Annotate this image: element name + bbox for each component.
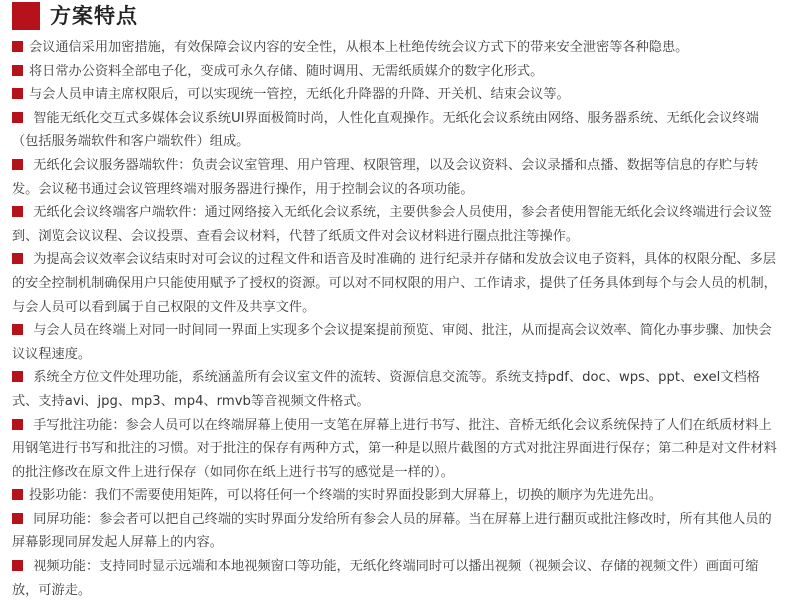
feature-text: 系统全方位文件处理功能，系统涵盖所有会议室文件的流转、资源信息交流等。系统支持p… [12,370,760,409]
feature-text: 无纸化会议服务器端软件：负责会议室管理、用户管理、权限管理，以及会议资料、会议录… [12,158,759,197]
feature-text: 智能无纸化交互式多媒体会议系统UI界面极简时尚，人性化直观操作。无纸化会议系统由… [12,111,759,150]
feature-text: 视频功能：支持同时显示远端和本地视频窗口等功能，无纸化终端同时可以播出视频（视频… [12,559,759,598]
feature-item-permissions: 为提高会议效率会议结束时对可会议的过程文件和语音及时准确的 进行纪录并存储和发放… [12,248,784,319]
bullet-square-icon [12,489,23,500]
feature-text: 与会人员申请主席权限后，可以实现统一管控，无纸化升降器的升降、开关机、结束会议等… [29,87,570,102]
bullet-square-icon [12,253,23,264]
bullet-square-icon [12,88,23,99]
bullet-square-icon [12,560,23,571]
feature-item-encryption: 会议通信采用加密措施，有效保障会议内容的安全性，从根本上杜绝传统会议方式下的带来… [12,36,784,60]
bullet-square-icon [12,371,23,382]
feature-text: 同屏功能：参会者可以把自己终端的实时界面分发给所有参会人员的屏幕。当在屏幕上进行… [12,512,772,551]
bullet-square-icon [12,159,23,170]
bullet-square-icon [12,206,23,217]
feature-text: 与会人员在终端上对同一时间同一界面上实现多个会议提案提前预览、审阅、批注，从而提… [12,323,772,362]
bullet-square-icon [12,513,23,524]
feature-item-projection: 投影功能：我们不需要使用矩阵，可以将任何一个终端的实时界面投影到大屏幕上，切换的… [12,484,784,508]
feature-text: 投影功能：我们不需要使用矩阵，可以将任何一个终端的实时界面投影到大屏幕上，切换的… [29,488,662,503]
section-header: 方案特点 [12,2,138,30]
bullet-square-icon [12,65,23,76]
feature-item-handwriting: 手写批注功能：参会人员可以在终端屏幕上使用一支笔在屏幕上进行书写、批注、音桥无纸… [12,414,784,485]
feature-item-server-software: 无纸化会议服务器端软件：负责会议室管理、用户管理、权限管理，以及会议资料、会议录… [12,154,784,201]
feature-item-video: 视频功能：支持同时显示远端和本地视频窗口等功能，无纸化终端同时可以播出视频（视频… [12,555,784,602]
feature-text: 将日常办公资料全部电子化，变成可永久存储、随时调用、无需纸质媒介的数字化形式。 [29,64,543,79]
feature-item-client-software: 无纸化会议终端客户端软件：通过网络接入无纸化会议系统，主要供参会人员使用，参会者… [12,201,784,248]
bullet-square-icon [12,112,23,123]
bullet-square-icon [12,324,23,335]
feature-item-ui: 智能无纸化交互式多媒体会议系统UI界面极简时尚，人性化直观操作。无纸化会议系统由… [12,107,784,154]
feature-text: 为提高会议效率会议结束时对可会议的过程文件和语音及时准确的 进行纪录并存储和发放… [12,252,777,314]
header-square-icon [12,2,40,30]
bullet-square-icon [12,41,23,52]
feature-item-chair-control: 与会人员申请主席权限后，可以实现统一管控，无纸化升降器的升降、开关机、结束会议等… [12,83,784,107]
feature-item-file-handling: 系统全方位文件处理功能，系统涵盖所有会议室文件的流转、资源信息交流等。系统支持p… [12,366,784,413]
feature-list: 会议通信采用加密措施，有效保障会议内容的安全性，从根本上杜绝传统会议方式下的带来… [12,36,784,602]
section-title: 方案特点 [50,2,138,30]
bullet-square-icon [12,419,23,430]
feature-item-digitization: 将日常办公资料全部电子化，变成可永久存储、随时调用、无需纸质媒介的数字化形式。 [12,60,784,84]
feature-item-screen-sync: 同屏功能：参会者可以把自己终端的实时界面分发给所有参会人员的屏幕。当在屏幕上进行… [12,508,784,555]
feature-item-preview: 与会人员在终端上对同一时间同一界面上实现多个会议提案提前预览、审阅、批注，从而提… [12,319,784,366]
feature-text: 无纸化会议终端客户端软件：通过网络接入无纸化会议系统，主要供参会人员使用，参会者… [12,205,772,244]
feature-text: 会议通信采用加密措施，有效保障会议内容的安全性，从根本上杜绝传统会议方式下的带来… [29,40,688,55]
feature-text: 手写批注功能：参会人员可以在终端屏幕上使用一支笔在屏幕上进行书写、批注、音桥无纸… [12,418,777,480]
